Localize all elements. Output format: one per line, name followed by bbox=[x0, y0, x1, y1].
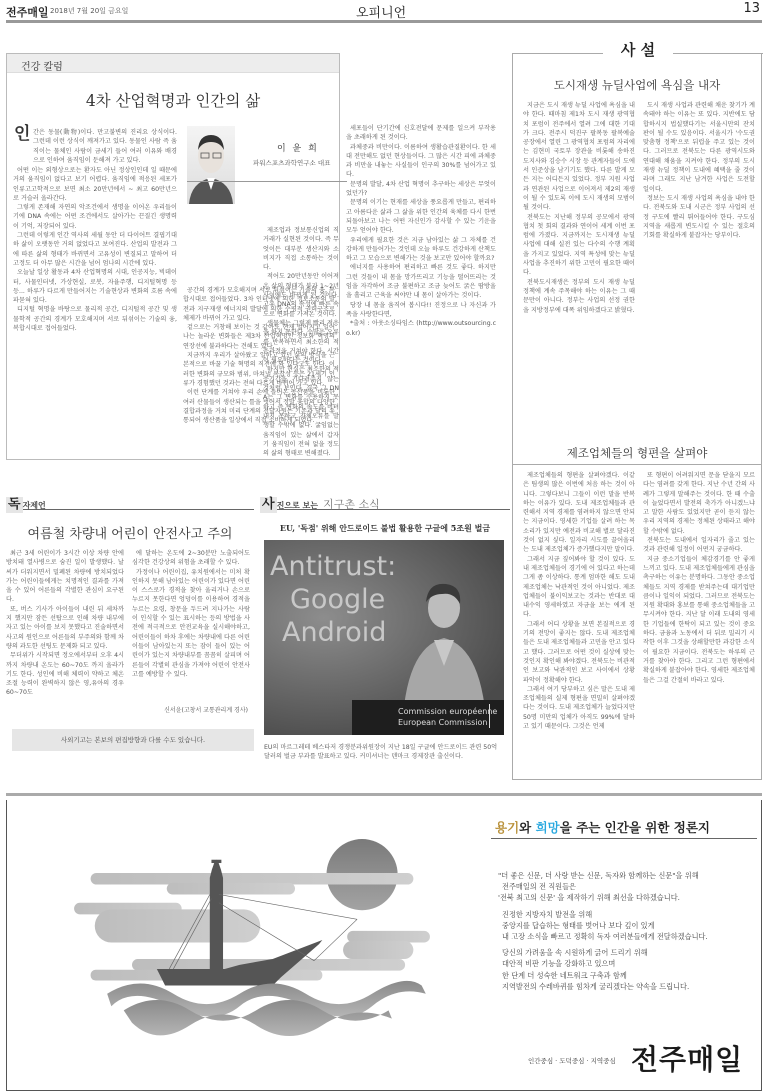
photo-news: 사진으로 보는 지구촌 소식 EU, '독점' 위해 안드로이드 불법 활용한 … bbox=[260, 493, 510, 793]
reader-column: 독자제언 여름철 차량내 어린이 안전사고 주의 최근 3세 어린이가 3시간 … bbox=[6, 493, 254, 793]
photo-news-headline: EU, '독점' 위해 안드로이드 불법 활용한 구글에 5조원 벌금 bbox=[260, 523, 510, 534]
editorial-heading: 사 설 bbox=[603, 39, 673, 60]
paper-logo: 전주매일 bbox=[631, 1038, 743, 1078]
backdrop-text: Antitrust: Google Android bbox=[270, 550, 396, 649]
section-divider bbox=[6, 793, 762, 796]
ad-copy: "더 좋은 신문, 더 사랑 받는 신문, 독자와 함께하는 신문"을 위해 전… bbox=[498, 870, 756, 992]
editorial-box: 사 설 도시재생 뉴딜사업에 욕심을 내자 지금은 도시 재생 뉴딜 사업에 욕… bbox=[512, 53, 762, 465]
reader-section-header: 독자제언 bbox=[6, 493, 254, 510]
podium-sign: Commission européenne European Commissio… bbox=[352, 700, 504, 735]
portrait-icon bbox=[187, 126, 235, 204]
reader-signature: 신서윤(고창서 교통관리계 경사) bbox=[164, 705, 248, 714]
author-photo bbox=[187, 126, 235, 204]
photo-caption: EU의 마르그레테 베스타저 경쟁분과위원장이 지난 18일 구글에 안드로이드… bbox=[264, 743, 504, 761]
author-name: 이 윤 희 bbox=[277, 141, 319, 154]
disclaimer-note: 사외기고는 본보의 편집방향과 다를 수도 있습니다. bbox=[12, 729, 254, 751]
news-photo: Antitrust: Google Android Commission eur… bbox=[264, 540, 504, 735]
box-top-rule bbox=[671, 53, 763, 54]
ad-tagline: 인간중심 · 도덕중심 · 지역중심 bbox=[528, 1056, 616, 1065]
editorial-title-2: 제조업체들의 형편을 살펴야 bbox=[513, 445, 761, 461]
paper-name: 전주매일 bbox=[6, 4, 49, 20]
slogan-underline bbox=[491, 838, 757, 839]
article-column-4: 세포들이 단기간에 신호전달에 문제를 일으켜 부작용을 초래하게 된 것이다.… bbox=[346, 124, 496, 456]
author-affiliation: 파워스포츠과학연구소 대표 bbox=[253, 158, 330, 167]
article-column-1a: 간은 동물(動物)이다. 만고불변의 진리요 상식이다. 그런데 이런 상식이 … bbox=[33, 128, 177, 166]
article-title: 4차 산업혁명과 인간의 삶 bbox=[7, 89, 339, 111]
ship-illustration-icon bbox=[27, 820, 477, 1060]
box-top-rule bbox=[513, 53, 605, 54]
section-label: 자제언 bbox=[23, 501, 46, 510]
drop-cap: 인 bbox=[14, 126, 30, 143]
editorial-2-column-1: 제조업체들의 형편을 살펴야겠다. 이같은 팀생의 많은 이번에 처음 하는 것… bbox=[523, 471, 635, 771]
reader-column-1: 최근 3세 어린이가 3시간 이상 차량 안에 방치돼 열사병으로 숨진 일이 … bbox=[6, 549, 124, 717]
editorial-title-1: 도시재생 뉴딜사업에 욕심을 내자 bbox=[513, 77, 761, 93]
article-column-1: 어떤 이는 외형상으로는 환자도 아닌 정상인인데 일 때문에 거의 움직임이 … bbox=[13, 166, 177, 458]
byline-rule bbox=[187, 181, 347, 182]
reader-title: 여름철 차량내 어린이 안전사고 주의 bbox=[6, 523, 254, 542]
issue-date: 2018년 7월 20일 금요일 bbox=[50, 6, 128, 16]
editorial-box-2: 제조업체들의 형편을 살펴야 제조업체들의 형편을 살펴야겠다. 이같은 팀생의… bbox=[512, 465, 762, 780]
section-initial: 독 bbox=[6, 497, 23, 513]
masthead-rule bbox=[6, 20, 762, 23]
editorial-2-column-2: 또 형편이 어려워지면 문을 닫을지 모르다는 염려를 갖게 한다. 지난 수년… bbox=[643, 471, 755, 771]
section-initial: 사 bbox=[260, 497, 277, 513]
health-column-header: 건강 칼럼 bbox=[7, 54, 339, 73]
photo-news-header: 사진으로 보는 지구촌 소식 bbox=[260, 493, 510, 510]
editorial-1-column-1: 지금은 도시 재생 뉴딜 사업에 욕심을 내야 한다. 때마침 제1차 도시 재… bbox=[523, 101, 635, 461]
masthead: 전주매일 2018년 7월 20일 금요일 오피니언 13 bbox=[6, 0, 762, 22]
ad-slogan: 용기와 희망을 주는 인간을 위한 정론지 bbox=[495, 818, 710, 836]
page-number: 13 bbox=[743, 1, 760, 16]
reader-column-2: 에 달하는 온도에 2~30분만 노출되어도 심각한 건강상의 위험을 초래할 … bbox=[132, 549, 250, 705]
house-advertisement: 용기와 희망을 주는 인간을 위한 정론지 "더 좋은 신문, 더 사랑 받는 … bbox=[6, 800, 762, 1091]
section-title: 오피니언 bbox=[356, 2, 406, 21]
article-column-3: 제조업과 정보통신업의 직거래가 실현된 것이다. 즉 무엇이든 대부분 생산지… bbox=[263, 226, 339, 456]
editorial-1-column-2: 도시 재생 사업과 관련해 채운 찾기가 계속돼야 하는 이유는 또 있다. 지… bbox=[643, 101, 755, 461]
section-label: 건강 칼럼 bbox=[21, 58, 63, 73]
